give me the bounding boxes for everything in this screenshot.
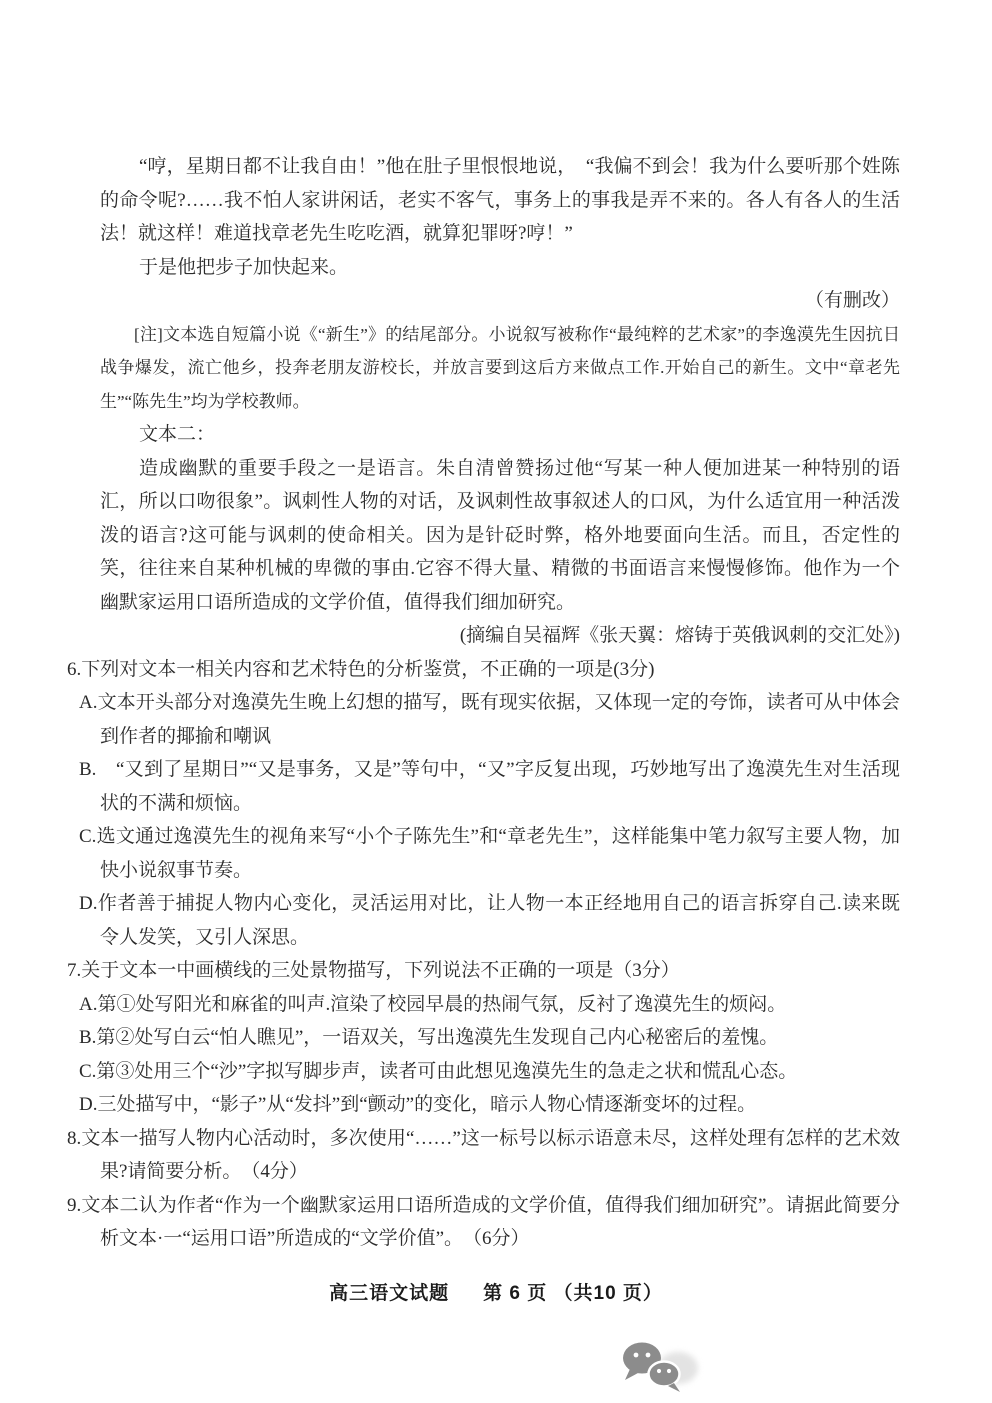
question-6-option-a: A.文本开头部分对逸漠先生晚上幻想的描写，既有现实依据，又体现一定的夸饰，读者可… xyxy=(100,686,900,753)
passage1-annotation: [注]文本选自短篇小说《“新生”》的结尾部分。小说叙写被称作“最纯粹的艺术家”的… xyxy=(100,318,900,419)
edit-note: （有删改） xyxy=(100,284,900,318)
question-8: 8.文本一描写人物内心活动时，多次使用“……”这一标号以标示语意未尽，这样处理有… xyxy=(100,1122,900,1189)
question-7-stem: 7.关于文本一中画横线的三处景物描写，下列说法不正确的一项是（3分） xyxy=(100,954,900,988)
footer-exam-title: 高三语文试题 xyxy=(329,1283,449,1304)
question-6: 6.下列对文本一相关内容和艺术特色的分析鉴赏，不正确的一项是(3分) A.文本开… xyxy=(100,653,900,955)
exam-content: “哼，星期日都不让我自由！”他在肚子里恨恨地说， “我偏不到会！我为什么要听那个… xyxy=(100,150,900,1256)
passage2-label: 文本二： xyxy=(100,418,900,452)
question-7-option-b: B.第②处写白云“怕人瞧见”，一语双关，写出逸漠先生发现自己内心秘密后的羞愧。 xyxy=(100,1021,900,1055)
question-6-option-d: D.作者善于捕捉人物内心变化，灵活运用对比，让人物一本正经地用自己的语言拆穿自己… xyxy=(100,887,900,954)
question-7-option-d: D.三处描写中，“影子”从“发抖”到“颤动”的变化，暗示人物心情逐渐变坏的过程。 xyxy=(100,1088,900,1122)
question-6-option-b: B. “又到了星期日”“又是事务，又是”等句中，“又”字反复出现，巧妙地写出了逸… xyxy=(100,753,900,820)
question-7-option-c: C.第③处用三个“沙”字拟写脚步声，读者可由此想见逸漠先生的急走之状和慌乱心态。 xyxy=(100,1055,900,1089)
question-9-stem: 9.文本二认为作者“作为一个幽默家运用口语所造成的文学价值，值得我们细加研究”。… xyxy=(100,1189,900,1256)
question-6-stem: 6.下列对文本一相关内容和艺术特色的分析鉴赏，不正确的一项是(3分) xyxy=(100,653,900,687)
question-9: 9.文本二认为作者“作为一个幽默家运用口语所造成的文学价值，值得我们细加研究”。… xyxy=(100,1189,900,1256)
page-footer: 高三语文试题第 6 页 （共10 页） xyxy=(0,1278,992,1305)
question-7: 7.关于文本一中画横线的三处景物描写，下列说法不正确的一项是（3分） A.第①处… xyxy=(100,954,900,1122)
passage1-paragraph-2: 于是他把步子加快起来。 xyxy=(100,251,900,285)
wechat-icon xyxy=(612,1336,708,1398)
question-8-stem: 8.文本一描写人物内心活动时，多次使用“……”这一标号以标示语意未尽，这样处理有… xyxy=(100,1122,900,1189)
passage2-source: (摘编自吴福辉《张天翼：熔铸于英俄讽刺的交汇处》) xyxy=(100,619,900,653)
question-7-option-a: A.第①处写阳光和麻雀的叫声.渲染了校园早晨的热闹气氛，反衬了逸漠先生的烦闷。 xyxy=(100,988,900,1022)
footer-page-number: 第 6 页 （共10 页） xyxy=(483,1283,663,1304)
question-6-option-c: C.选文通过逸漠先生的视角来写“小个子陈先生”和“章老先生”，这样能集中笔力叙写… xyxy=(100,820,900,887)
passage1-paragraph-1: “哼，星期日都不让我自由！”他在肚子里恨恨地说， “我偏不到会！我为什么要听那个… xyxy=(100,150,900,251)
passage2-paragraph: 造成幽默的重要手段之一是语言。朱自清曾赞扬过他“写某一种人便加进某一种特别的语汇… xyxy=(100,452,900,620)
